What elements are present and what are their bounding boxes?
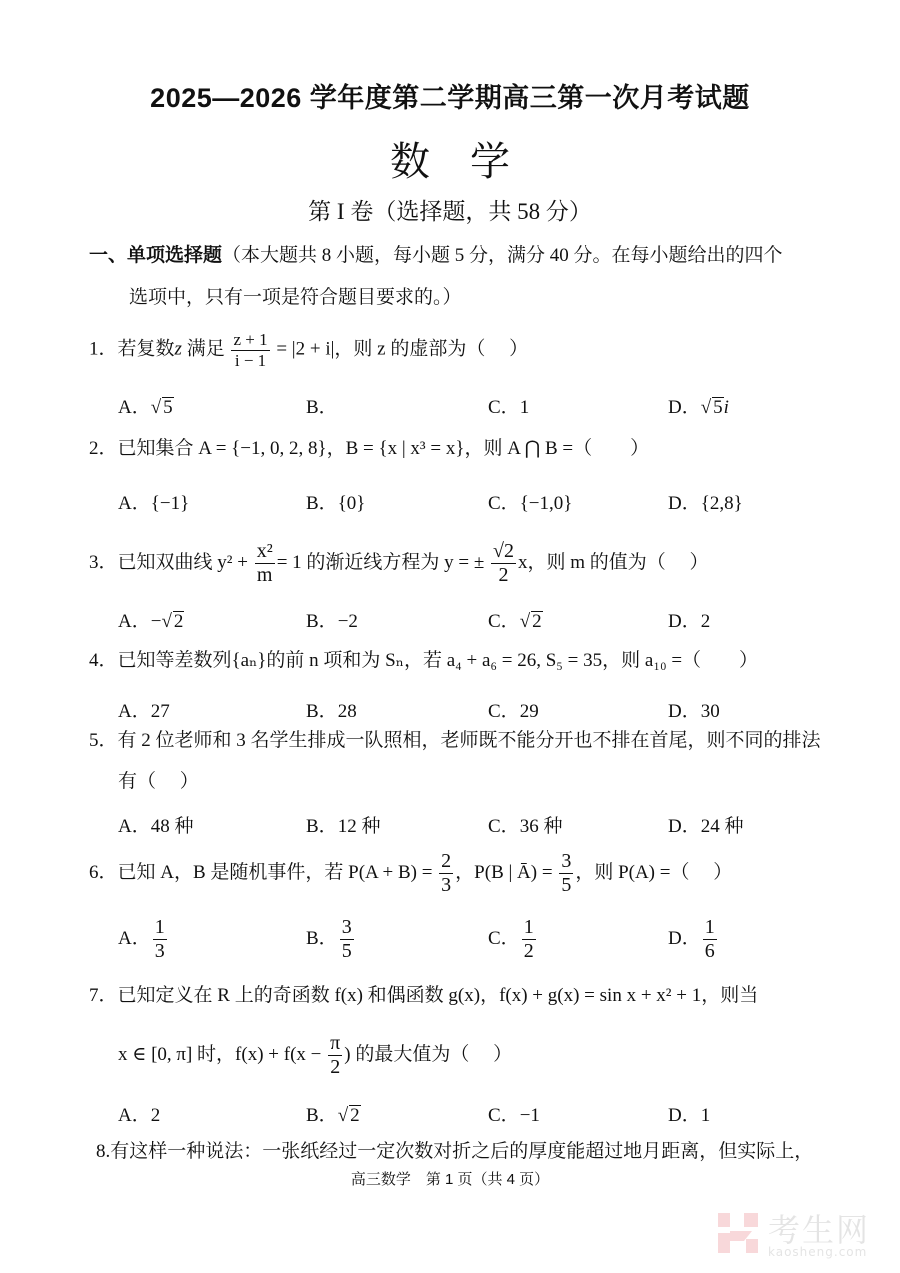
section-instructions-cont: 选项中，只有一项是符合题目要求的。） — [129, 288, 462, 307]
option-6c[interactable]: C．12 — [488, 916, 538, 963]
question-3: 3．已知双曲线 y² + x²m= 1 的渐近线方程为 y = ± √22x，则… — [89, 540, 709, 587]
volume-heading: 第 I 卷（选择题，共 58 分） — [0, 193, 900, 226]
option-4b[interactable]: B．28 — [306, 696, 357, 723]
option-3d[interactable]: D．2 — [668, 606, 710, 633]
fraction: 35 — [559, 850, 573, 897]
section-title: 一、单项选择题 — [89, 245, 222, 266]
option-4a[interactable]: A．27 — [118, 696, 170, 723]
option-3a[interactable]: A．−√2 — [118, 606, 184, 633]
option-2a[interactable]: A．{−1} — [118, 488, 189, 515]
option-7a[interactable]: A．2 — [118, 1100, 160, 1127]
fraction: 23 — [439, 850, 453, 897]
option-1b[interactable]: B． — [306, 392, 338, 419]
fraction: x²m — [255, 540, 275, 587]
question-8: 8.有这样一种说法：一张纸经过一定次数对折之后的厚度能超过地月距离，但实际上， — [96, 1142, 813, 1161]
option-1a[interactable]: A．√5 — [118, 392, 174, 419]
option-2b[interactable]: B．{0} — [306, 488, 365, 515]
fraction: √22 — [491, 540, 516, 587]
kaosheng-logo-icon — [718, 1211, 760, 1255]
option-4d[interactable]: D．30 — [668, 696, 720, 723]
option-5b[interactable]: B．12 种 — [306, 811, 380, 838]
option-6a[interactable]: A．13 — [118, 916, 169, 963]
question-5-cont: 有（ ） — [118, 772, 199, 791]
watermark-text-en: kaosheng.com — [768, 1245, 867, 1259]
fraction: π2 — [328, 1032, 342, 1079]
option-7c[interactable]: C．−1 — [488, 1100, 540, 1127]
question-1: 1．若复数z 满足 z + 1i − 1 = |2 + i|，则 z 的虚部为（… — [89, 330, 528, 370]
option-7d[interactable]: D．1 — [668, 1100, 710, 1127]
question-6: 6．已知 A，B 是随机事件，若 P(A + B) = 23，P(B | Ā) … — [89, 850, 732, 897]
option-3c[interactable]: C．√2 — [488, 606, 543, 633]
option-6d[interactable]: D．16 — [668, 916, 719, 963]
option-2c[interactable]: C．{−1,0} — [488, 488, 572, 515]
option-5d[interactable]: D．24 种 — [668, 811, 744, 838]
subject-title: 数学 — [0, 130, 900, 187]
option-3b[interactable]: B．−2 — [306, 606, 358, 633]
exam-title: 2025—2026 学年度第二学期高三第一次月考试题 — [0, 76, 900, 115]
question-7-cont: x ∈ [0, π] 时，f(x) + f(x − π2) 的最大值为（ ） — [118, 1032, 512, 1079]
option-5c[interactable]: C．36 种 — [488, 811, 562, 838]
option-1d[interactable]: D．√5i — [668, 392, 729, 419]
question-7: 7．已知定义在 R 上的奇函数 f(x) 和偶函数 g(x)，f(x) + g(… — [89, 986, 758, 1005]
option-2d[interactable]: D．{2,8} — [668, 488, 743, 515]
option-5a[interactable]: A．48 种 — [118, 811, 194, 838]
question-2: 2．已知集合 A = {−1, 0, 2, 8}，B = {x | x³ = x… — [89, 439, 649, 458]
question-5: 5．有 2 位老师和 3 名学生排成一队照相，老师既不能分开也不排在首尾，则不同… — [89, 731, 821, 750]
question-4: 4．已知等差数列{aₙ}的前 n 项和为 Sₙ，若 a₄ + a₆ = 26, … — [89, 651, 758, 670]
option-6b[interactable]: B．35 — [306, 916, 356, 963]
section-heading: 一、单项选择题（本大题共 8 小题，每小题 5 分，满分 40 分。在每小题给出… — [89, 246, 783, 265]
option-4c[interactable]: C．29 — [488, 696, 539, 723]
section-instructions: （本大题共 8 小题，每小题 5 分，满分 40 分。在每小题给出的四个 — [222, 245, 783, 266]
page-footer: 高三数学 第 1 页（共 4 页） — [0, 1168, 900, 1189]
option-7b[interactable]: B．√2 — [306, 1100, 361, 1127]
watermark-logo: 考生网 kaosheng.com — [718, 1205, 898, 1265]
fraction: z + 1i − 1 — [231, 330, 269, 370]
option-1c[interactable]: C．1 — [488, 392, 529, 419]
